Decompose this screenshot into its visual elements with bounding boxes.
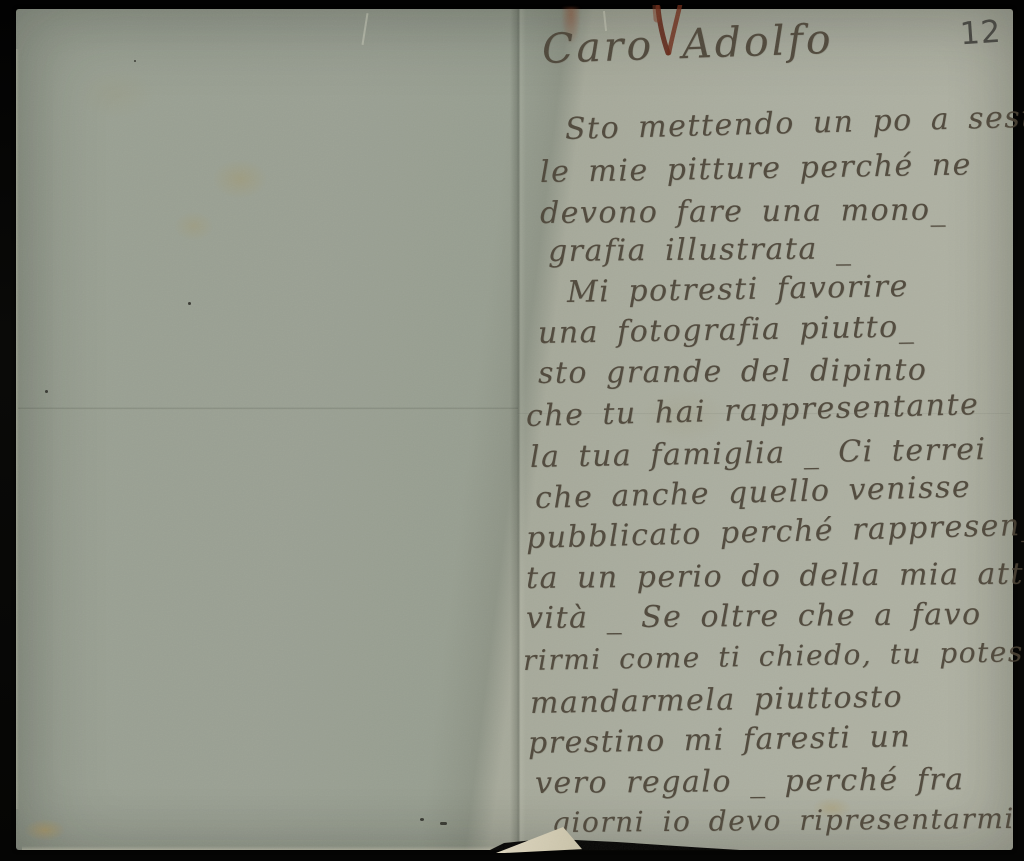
handwritten-line: Mi potresti favorire [567,269,909,310]
handwritten-line: grafia illustrata _ [548,231,853,269]
handwritten-line: la tua famiglia _ Ci terrei [530,432,987,475]
foxing-stain [174,211,214,241]
ink-speck [134,60,136,62]
handwritten-line: vità _ Se oltre che a favo [526,597,982,636]
foxing-stain [24,819,66,841]
handwritten-line: vero regalo _ perché fra [535,762,965,801]
handwritten-line: sto grande del dipinto [538,353,928,391]
center-fold-line [510,9,526,850]
page-number: 12 [959,14,1003,53]
handwritten-line: mandarmela piuttosto [530,679,904,721]
ink-speck [188,302,191,305]
foxing-stain [76,69,156,119]
horizontal-fold-line-left [18,407,518,410]
letter-sheet: 12 Caro Adolfo Sto mettendo un po a sest… [16,9,1013,850]
foxing-stain [212,159,268,199]
ink-speck [440,822,447,825]
paper-edge-highlight [16,49,19,809]
paper-scratch [362,13,369,45]
salutation: Caro Adolfo [541,15,834,73]
handwritten-line: una fotografia piutto_ [538,309,916,351]
handwritten-line: prestino mi faresti un [528,719,912,761]
handwritten-line: giorni io devo ripresentarmi [552,802,1015,839]
handwritten-line: che tu hai rappresentante [526,387,980,434]
handwritten-line: Sto mettendo un po a sesto [565,99,1024,147]
handwritten-line: ta un perio do della mia atti [526,557,1024,596]
scanner-background: { "letter": { "page_number": "12", "salu… [0,0,1024,861]
handwritten-line: che anche quello venisse [535,470,972,516]
handwritten-line: pubblicato perché rappresen_ [526,508,1024,556]
ink-speck [420,818,424,821]
ink-speck [45,390,48,393]
handwritten-line: devono fare una mono_ [540,192,947,231]
handwritten-line: le mie pitture perché ne [540,147,972,190]
handwritten-line: rirmi come ti chiedo, tu potessi [523,635,1024,677]
scan-area: 12 Caro Adolfo Sto mettendo un po a sest… [0,0,1024,861]
paper-edge-highlight [22,846,502,850]
